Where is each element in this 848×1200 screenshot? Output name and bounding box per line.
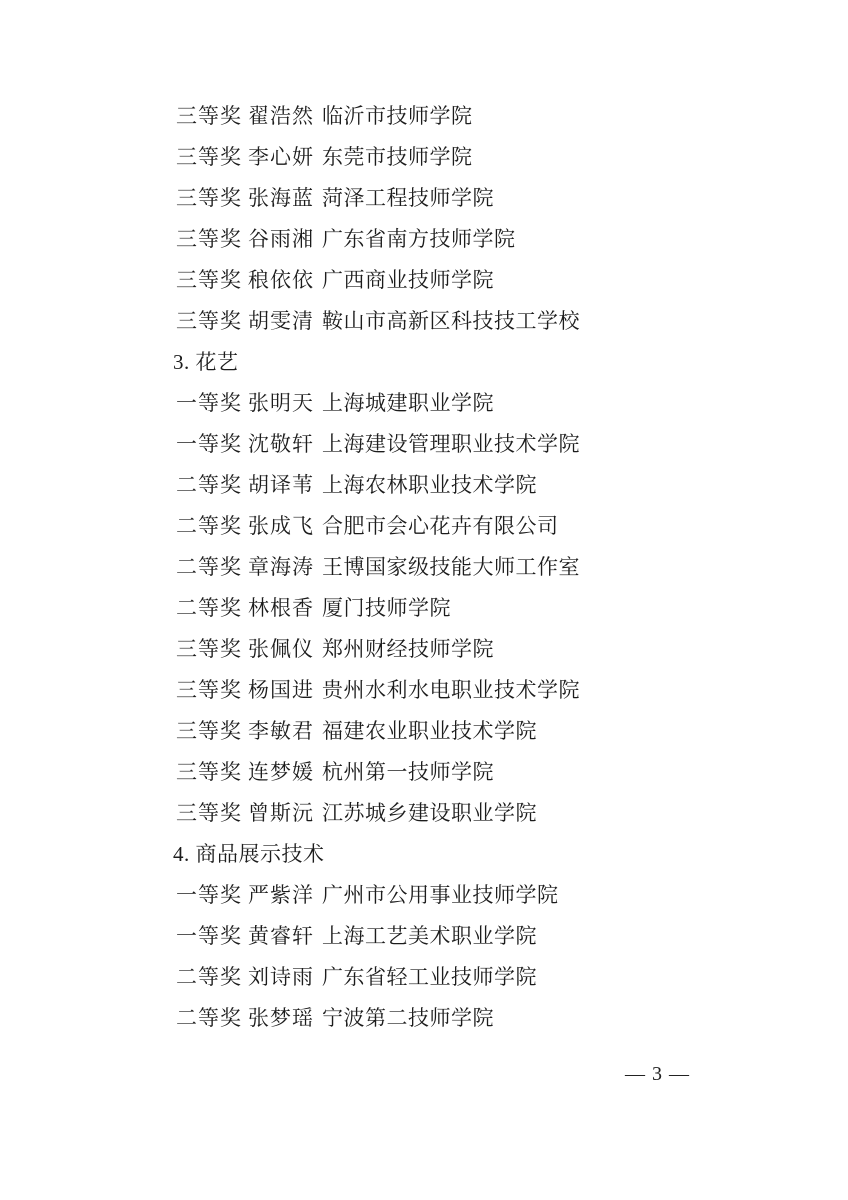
section-heading-label: 3. 花艺 [173,342,239,383]
award-level-label: 一等奖 [176,916,248,957]
winner-name: 谷雨湘 [248,219,322,260]
award-entry-row: 三等奖 翟浩然 临沂市技师学院 [176,96,788,137]
award-entry-row: 三等奖 李心妍 东莞市技师学院 [176,137,788,178]
award-level-label: 三等奖 [176,793,248,834]
award-entry-row: 二等奖 林根香 厦门技师学院 [176,588,788,629]
award-entry-row: 二等奖 张梦瑶 宁波第二技师学院 [176,998,788,1039]
page-number: — 3 — [625,1060,690,1088]
award-level-label: 一等奖 [176,424,248,465]
winner-organization: 广东省轻工业技师学院 [322,957,537,998]
award-entry-row: 三等奖 张海蓝 菏泽工程技师学院 [176,178,788,219]
winner-name: 张佩仪 [248,629,322,670]
winner-organization: 上海农林职业技术学院 [322,465,537,506]
winner-organization: 福建农业职业技术学院 [322,711,537,752]
award-level-label: 一等奖 [176,383,248,424]
winner-name: 张海蓝 [248,178,322,219]
award-entry-row: 一等奖 黄睿轩 上海工艺美术职业学院 [176,916,788,957]
award-entry-row: 三等奖 杨国进 贵州水利水电职业技术学院 [176,670,788,711]
winner-organization: 厦门技师学院 [322,588,451,629]
award-entry-row: 二等奖 胡译苇 上海农林职业技术学院 [176,465,788,506]
award-entry-row: 一等奖 张明天 上海城建职业学院 [176,383,788,424]
award-entry-row: 三等奖 曾斯沅 江苏城乡建设职业学院 [176,793,788,834]
award-level-label: 二等奖 [176,588,248,629]
award-entry-row: 二等奖 刘诗雨 广东省轻工业技师学院 [176,957,788,998]
award-level-label: 二等奖 [176,547,248,588]
award-entry-row: 三等奖 稂依依 广西商业技师学院 [176,260,788,301]
winner-name: 李心妍 [248,137,322,178]
winner-organization: 江苏城乡建设职业学院 [322,793,537,834]
winner-name: 林根香 [248,588,322,629]
award-level-label: 三等奖 [176,711,248,752]
award-level-label: 二等奖 [176,998,248,1039]
winner-name: 沈敬轩 [248,424,322,465]
award-level-label: 三等奖 [176,629,248,670]
winner-organization: 临沂市技师学院 [322,96,473,137]
winner-name: 翟浩然 [248,96,322,137]
winner-name: 胡雯清 [248,301,322,342]
page-number-label: — 3 — [625,1063,690,1085]
award-entry-row: 一等奖 沈敬轩 上海建设管理职业技术学院 [176,424,788,465]
winner-organization: 鞍山市高新区科技技工学校 [322,301,580,342]
winner-name: 张明天 [248,383,322,424]
award-level-label: 二等奖 [176,465,248,506]
winner-organization: 王博国家级技能大师工作室 [322,547,580,588]
winner-name: 严紫洋 [248,875,322,916]
winner-organization: 合肥市会心花卉有限公司 [322,506,559,547]
winner-organization: 菏泽工程技师学院 [322,178,494,219]
winner-organization: 上海城建职业学院 [322,383,494,424]
award-entry-row: 三等奖 谷雨湘 广东省南方技师学院 [176,219,788,260]
award-level-label: 三等奖 [176,752,248,793]
winner-name: 连梦媛 [248,752,322,793]
winner-name: 李敏君 [248,711,322,752]
award-level-label: 三等奖 [176,137,248,178]
award-level-label: 一等奖 [176,875,248,916]
winner-name: 刘诗雨 [248,957,322,998]
award-entry-row: 二等奖 章海涛 王博国家级技能大师工作室 [176,547,788,588]
winner-organization: 宁波第二技师学院 [322,998,494,1039]
winner-organization: 广州市公用事业技师学院 [322,875,559,916]
winner-name: 黄睿轩 [248,916,322,957]
award-level-label: 二等奖 [176,506,248,547]
award-entry-row: 三等奖 连梦媛 杭州第一技师学院 [176,752,788,793]
award-entry-row: 三等奖 张佩仪 郑州财经技师学院 [176,629,788,670]
award-entry-row: 三等奖 李敏君 福建农业职业技术学院 [176,711,788,752]
award-level-label: 三等奖 [176,670,248,711]
award-level-label: 三等奖 [176,178,248,219]
award-level-label: 三等奖 [176,219,248,260]
award-level-label: 三等奖 [176,96,248,137]
section-heading-row: 3. 花艺 [176,342,788,383]
winner-name: 章海涛 [248,547,322,588]
award-level-label: 三等奖 [176,301,248,342]
winner-organization: 上海工艺美术职业学院 [322,916,537,957]
winner-organization: 贵州水利水电职业技术学院 [322,670,580,711]
winner-organization: 东莞市技师学院 [322,137,473,178]
award-entry-row: 一等奖 严紫洋 广州市公用事业技师学院 [176,875,788,916]
winner-organization: 上海建设管理职业技术学院 [322,424,580,465]
section-heading-row: 4. 商品展示技术 [176,834,788,875]
document-page: 三等奖 翟浩然 临沂市技师学院 三等奖 李心妍 东莞市技师学院 三等奖 张海蓝 … [0,0,848,1200]
winner-organization: 杭州第一技师学院 [322,752,494,793]
winner-name: 曾斯沅 [248,793,322,834]
winner-organization: 郑州财经技师学院 [322,629,494,670]
award-entry-row: 二等奖 张成飞 合肥市会心花卉有限公司 [176,506,788,547]
winner-name: 稂依依 [248,260,322,301]
winner-name: 张梦瑶 [248,998,322,1039]
award-entry-row: 三等奖 胡雯清 鞍山市高新区科技技工学校 [176,301,788,342]
winner-organization: 广西商业技师学院 [322,260,494,301]
award-list: 三等奖 翟浩然 临沂市技师学院 三等奖 李心妍 东莞市技师学院 三等奖 张海蓝 … [176,96,788,1039]
section-heading-label: 4. 商品展示技术 [173,834,325,875]
award-level-label: 三等奖 [176,260,248,301]
winner-name: 杨国进 [248,670,322,711]
award-level-label: 二等奖 [176,957,248,998]
winner-organization: 广东省南方技师学院 [322,219,516,260]
winner-name: 张成飞 [248,506,322,547]
winner-name: 胡译苇 [248,465,322,506]
